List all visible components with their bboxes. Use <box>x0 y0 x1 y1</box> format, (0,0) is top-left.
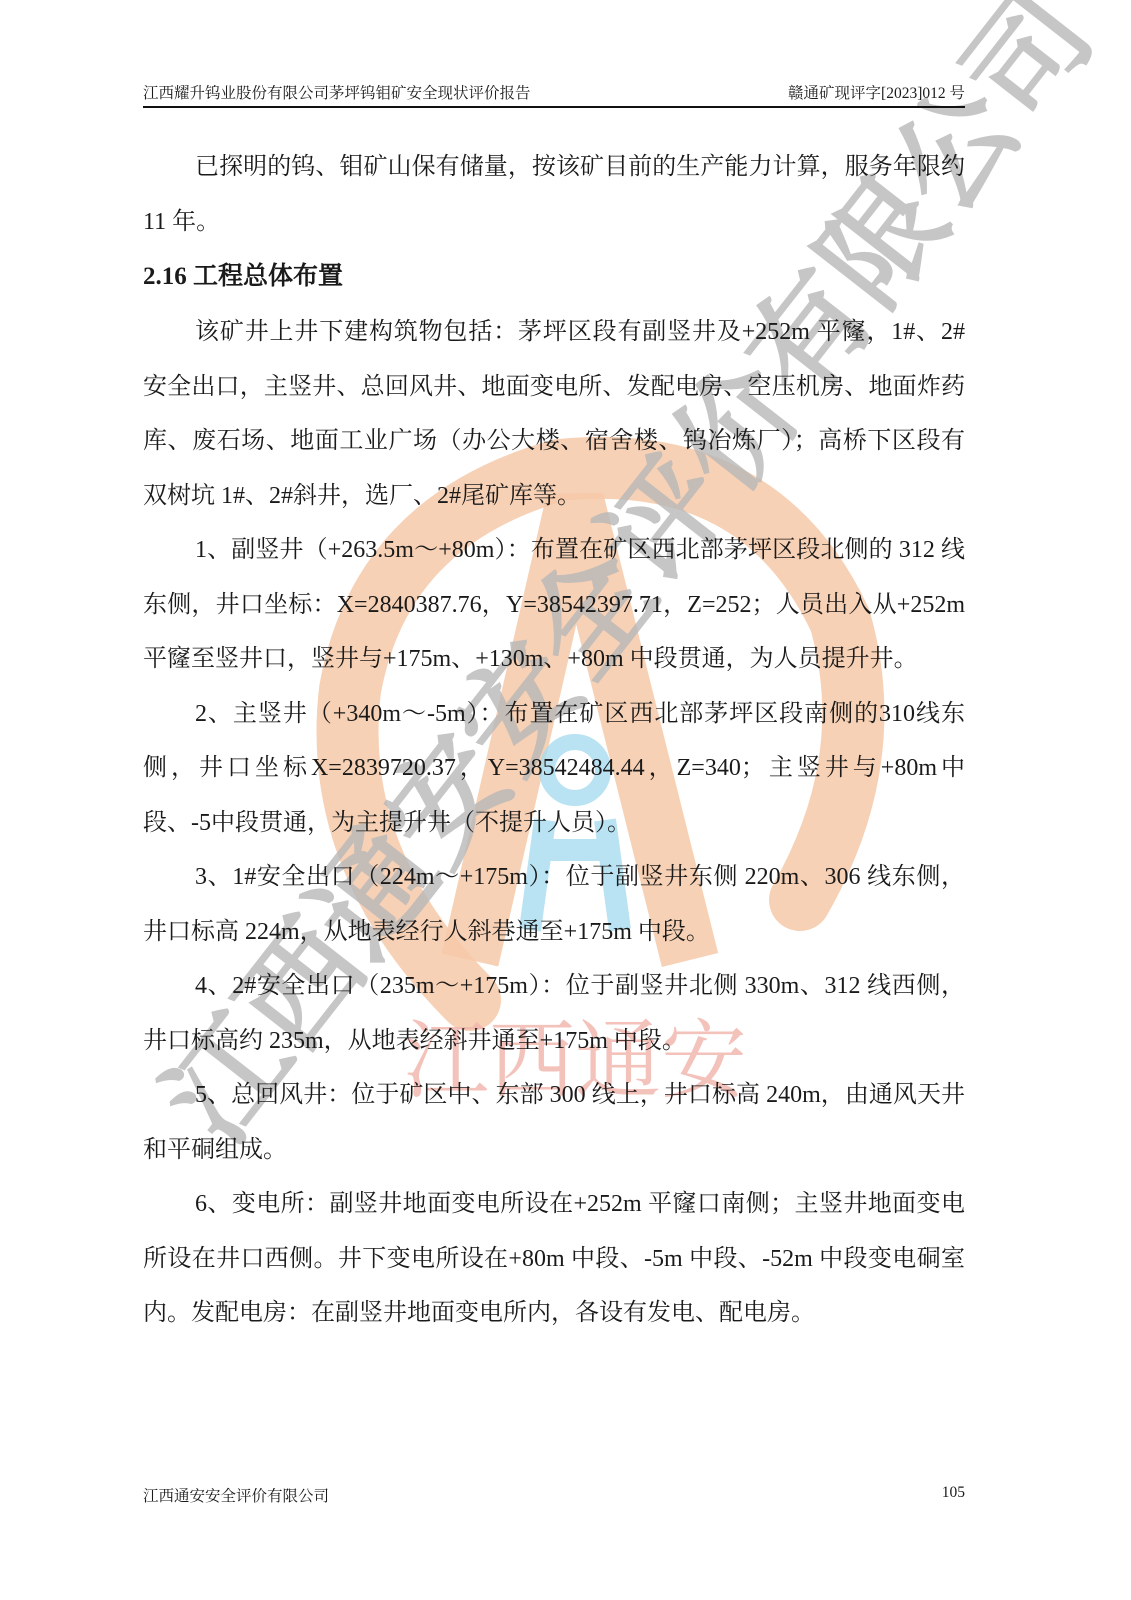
section-number: 2.16 <box>143 263 187 290</box>
footer-company: 江西通安安全评价有限公司 <box>143 1484 329 1506</box>
section-title: 工程总体布置 <box>193 263 343 290</box>
page-footer: 江西通安安全评价有限公司 105 <box>143 1484 965 1506</box>
intro-paragraph: 已探明的钨、钼矿山保有储量，按该矿目前的生产能力计算，服务年限约 11 年。 <box>143 140 965 249</box>
list-item: 2、主竖井（+340m～-5m）：布置在矿区西北部茅坪区段南侧的310线东侧，井… <box>143 687 965 851</box>
overview-paragraph: 该矿井上井下建构筑物包括：茅坪区段有副竖井及+252m 平窿，1#、2#安全出口… <box>143 305 965 523</box>
list-item: 5、总回风井：位于矿区中、东部 300 线上，井口标高 240m，由通风天井和平… <box>143 1068 965 1177</box>
list-item: 3、1#安全出口（224m～+175m）：位于副竖井东侧 220m、306 线东… <box>143 850 965 959</box>
document-body: 已探明的钨、钼矿山保有储量，按该矿目前的生产能力计算，服务年限约 11 年。 2… <box>143 140 965 1341</box>
header-report-number: 赣通矿现评字[2023]012 号 <box>788 84 965 104</box>
page-number: 105 <box>942 1484 965 1506</box>
page-header: 江西耀升钨业股份有限公司茅坪钨钼矿安全现状评价报告 赣通矿现评字[2023]01… <box>143 76 965 108</box>
section-heading: 2.16 工程总体布置 <box>143 249 965 305</box>
list-item: 6、变电所：副竖井地面变电所设在+252m 平窿口南侧；主竖井地面变电所设在井口… <box>143 1177 965 1341</box>
list-item: 1、副竖井（+263.5m～+80m）：布置在矿区西北部茅坪区段北侧的 312 … <box>143 523 965 687</box>
header-report-title: 江西耀升钨业股份有限公司茅坪钨钼矿安全现状评价报告 <box>143 84 531 104</box>
list-item: 4、2#安全出口（235m～+175m）：位于副竖井北侧 330m、312 线西… <box>143 959 965 1068</box>
